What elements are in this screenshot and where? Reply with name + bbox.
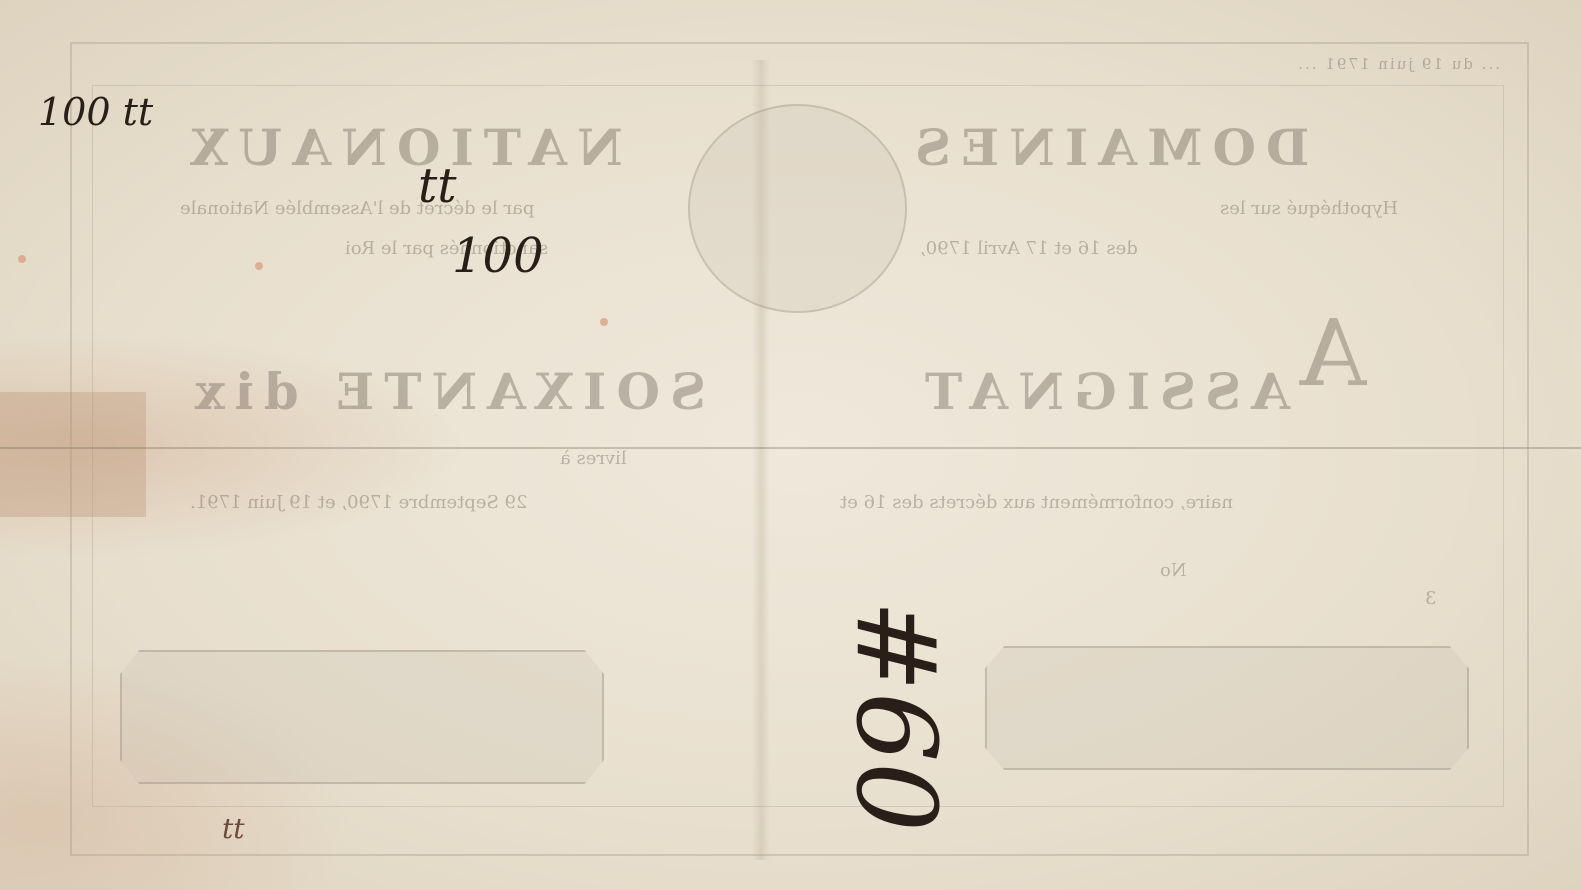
denomination-text: SOIXANTE dix xyxy=(185,362,706,421)
number-label: No xyxy=(1160,560,1187,581)
handwritten-tt-mark: tt xyxy=(418,158,457,214)
heading-left: NATIONAUX xyxy=(180,118,623,177)
foxing-spot xyxy=(255,262,263,270)
left-cartouche xyxy=(120,650,604,784)
line3-right: naire, conformément aux décrets des 16 e… xyxy=(840,492,1233,513)
handwritten-tt-bottom: tt xyxy=(222,812,245,845)
line3-left: livres à xyxy=(560,448,627,469)
line2-right: des 16 et 17 Avril 1790, xyxy=(920,238,1138,259)
series-number: 3 xyxy=(1425,588,1436,609)
oval-seal xyxy=(688,104,907,313)
handwritten-60-mark: #60 xyxy=(832,600,960,832)
foxing-spot xyxy=(600,318,608,326)
top-strip-text: ... du 19 juin 1791 ... xyxy=(420,55,1500,77)
right-cartouche xyxy=(985,646,1469,770)
line1-left: par le décret de l'Assemblée Nationale xyxy=(180,198,534,219)
letter-a: A xyxy=(1300,300,1366,407)
handwritten-100: 100 xyxy=(452,228,544,284)
line4-left: 29 Septembre 1790, et 19 Juin 1791. xyxy=(190,492,527,513)
heading-right: DOMAINES xyxy=(905,118,1309,177)
assignat-title: ASSIGNAT xyxy=(915,362,1290,421)
handwritten-100-tt: 100 tt xyxy=(38,90,153,134)
foxing-spot xyxy=(18,255,26,263)
line1-right: Hypothéqué sur les xyxy=(1220,198,1398,219)
